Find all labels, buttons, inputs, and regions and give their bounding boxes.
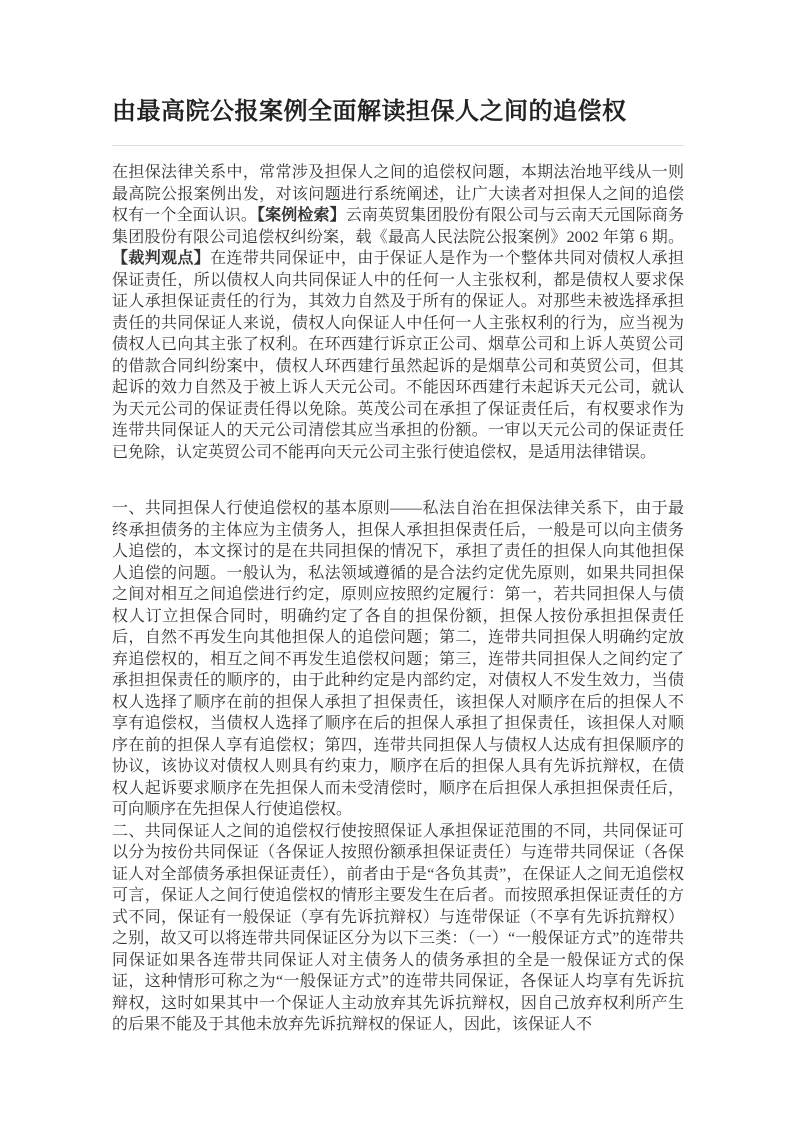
page-title: 由最高院公报案例全面解读担保人之间的追偿权 [112,96,684,128]
title-divider [112,145,684,146]
inline-bold-label: 【裁判观点】 [112,250,210,267]
text-run: 二、共同保证人之间的追偿权行使按照保证人承担保证范围的不同，共同保证可以分为按份… [112,823,684,1034]
text-run: 一、共同担保人行使追偿权的基本原则——私法自治在担保法律关系下，由于最终承担债务… [112,500,684,818]
paragraph: 一、共同担保人行使追偿权的基本原则——私法自治在担保法律关系下，由于最终承担债务… [112,498,684,821]
text-run: 在连带共同保证中，由于保证人是作为一个整体共同对债权人承担保证责任，所以债权人向… [112,250,684,461]
article-body: 在担保法律关系中，常常涉及担保人之间的追偿权问题，本期法治地平线从一则最高院公报… [112,162,684,1036]
paragraph: 二、共同保证人之间的追偿权行使按照保证人承担保证范围的不同，共同保证可以分为按份… [112,821,684,1036]
document-page: 由最高院公报案例全面解读担保人之间的追偿权 在担保法律关系中，常常涉及担保人之间… [0,0,793,1122]
paragraph: 在担保法律关系中，常常涉及担保人之间的追偿权问题，本期法治地平线从一则最高院公报… [112,162,684,463]
inline-bold-label: 【案例检索】 [257,207,346,224]
